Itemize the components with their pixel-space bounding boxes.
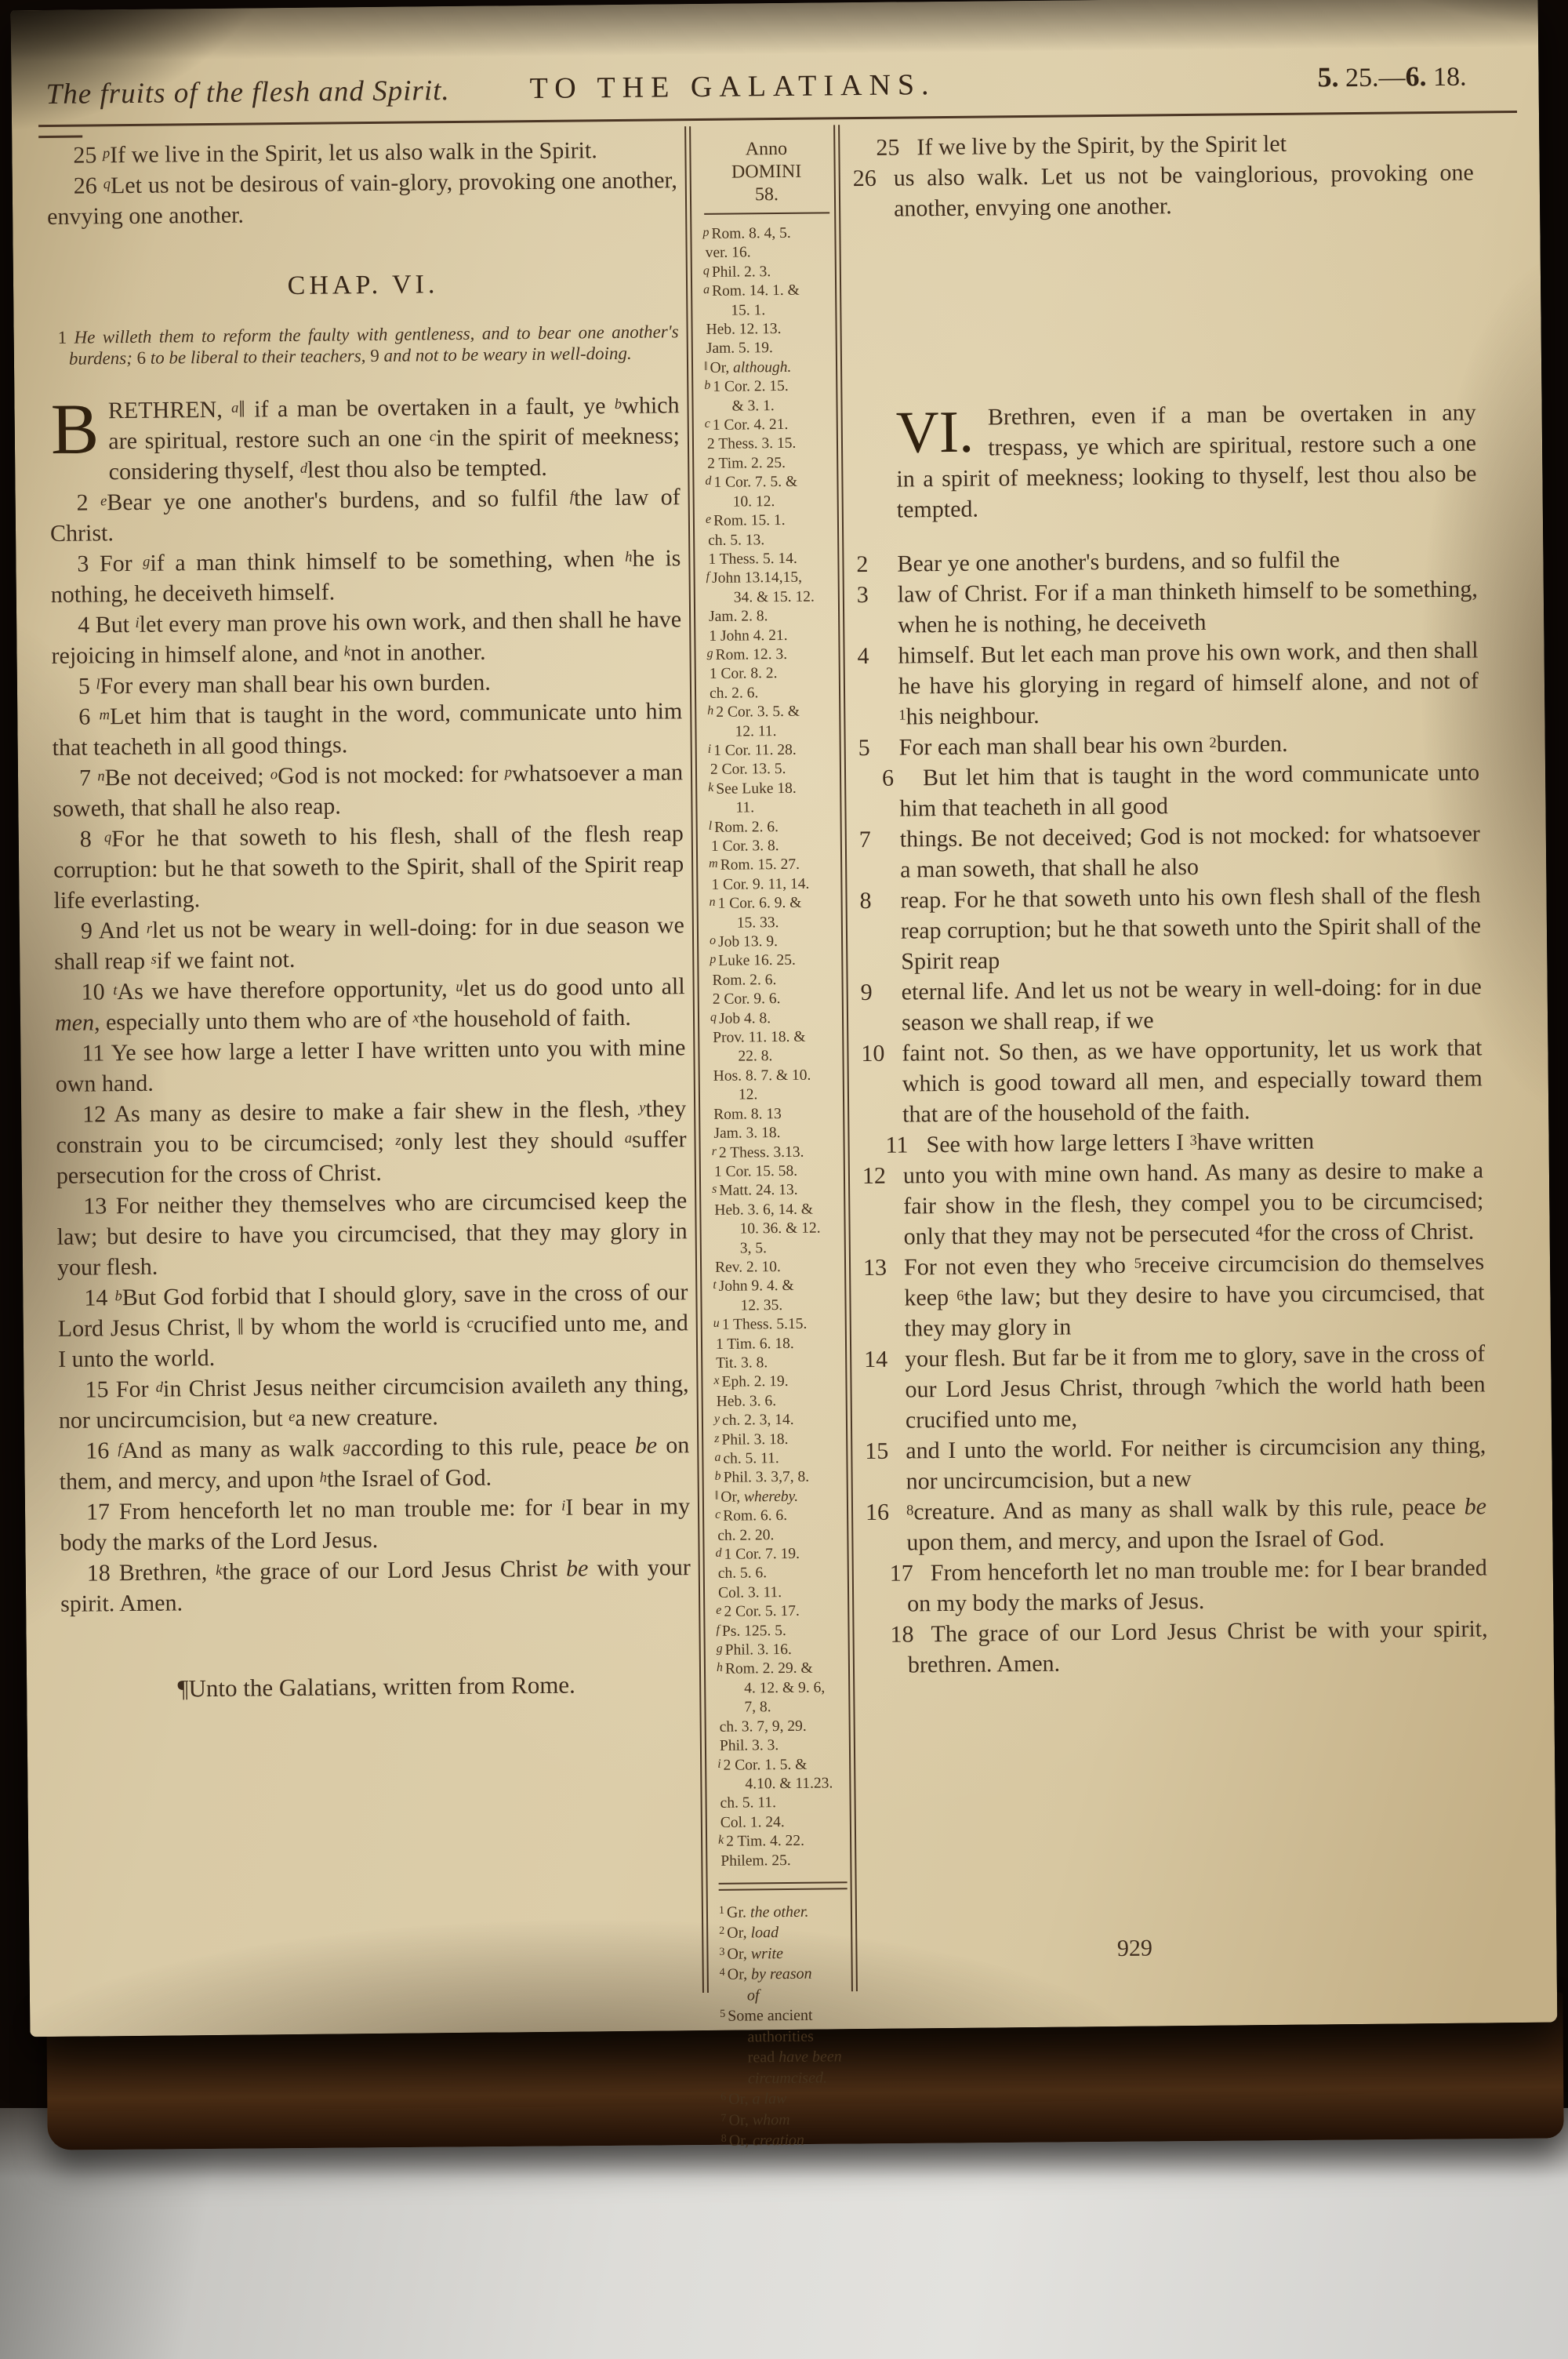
reference-line: k2 Tim. 4. 22. xyxy=(718,1830,847,1851)
verse-number: 10 xyxy=(82,979,105,1005)
verse-text: himself. But let each man prove his own … xyxy=(898,637,1479,729)
verse-number: 14 xyxy=(864,1344,900,1375)
verse-text: For neither they themselves who are circ… xyxy=(57,1187,688,1281)
footnote-text: Or, by reason xyxy=(728,1965,812,1983)
verse: 13 For neither they themselves who are c… xyxy=(56,1185,688,1283)
reference-text: Heb. 3. 6, 14. & xyxy=(714,1201,813,1218)
verse-text: If we live by the Spirit, by the Spirit … xyxy=(916,131,1287,161)
verse: 17From henceforth let no man trouble me:… xyxy=(866,1552,1488,1619)
reference-line: Jam. 5. 19. xyxy=(704,338,833,358)
verse-text: Bear ye one another's burdens, and so fu… xyxy=(897,547,1340,576)
reference-line: Philem. 25. xyxy=(718,1850,847,1870)
drop-cap: B xyxy=(50,399,99,458)
reference-marker: k xyxy=(708,781,713,794)
footnote-text: authorities xyxy=(747,2028,814,2046)
reference-text: Rom. 6. 6. xyxy=(723,1507,787,1525)
footnote-line: 1Gr. the other. xyxy=(719,1900,848,1922)
footnote-line: 3Or, write xyxy=(719,1942,848,1964)
reference-text: Eph. 2. 19. xyxy=(721,1373,788,1390)
reference-text: Rev. 2. 10. xyxy=(715,1259,781,1276)
reference-text: 1 Cor. 9. 11, 14. xyxy=(711,875,809,892)
reference-line: qPhil. 2. 3. xyxy=(703,261,832,282)
verse-text: bBut God forbid that I should glory, sav… xyxy=(58,1279,688,1372)
reference-line: gPhil. 3. 16. xyxy=(717,1639,845,1659)
footnote-line: 5Some ancient xyxy=(720,2005,848,2026)
rv-ch5-verses: 25If we live by the Spirit, by the Spiri… xyxy=(852,127,1474,225)
reference-line: Jam. 3. 18. xyxy=(711,1122,840,1143)
verse-text: But let him that is taught in the word c… xyxy=(899,759,1479,821)
reference-text: 2 Cor. 9. 6. xyxy=(713,990,781,1008)
footnote-marker: 7 xyxy=(720,2113,726,2125)
page-number: 929 xyxy=(1072,1935,1197,1963)
reference-line: fJohn 13.14,15, xyxy=(706,568,835,588)
footnotes: 1Gr. the other.2Or, load3Or, write4Or, b… xyxy=(719,1900,850,2151)
reference-marker: b xyxy=(704,379,710,392)
reference-line: 4.10. & 11.23. xyxy=(717,1773,846,1794)
rv-column: 25If we live by the Spirit, by the Spiri… xyxy=(852,127,1488,1681)
reference-text: 12. 11. xyxy=(735,723,776,740)
verse-text: For not even they who 5receive circumcis… xyxy=(904,1249,1485,1341)
verse-number: 4 xyxy=(857,641,893,671)
reference-line: b1 Cor. 2. 15. xyxy=(704,376,833,397)
reference-line: pRom. 8. 4, 5. xyxy=(702,223,831,243)
verse-number: 7 xyxy=(859,824,895,855)
reference-line: kSee Luke 18. xyxy=(708,778,837,798)
reference-text: 2 Cor. 13. 5. xyxy=(710,761,786,778)
reference-line: Heb. 3. 6. xyxy=(714,1390,843,1411)
reference-line: fPs. 125. 5. xyxy=(716,1620,844,1641)
reference-text: 1 Cor. 11. 28. xyxy=(713,742,797,759)
reference-marker: a xyxy=(703,283,710,296)
reference-text: Or, whereby. xyxy=(720,1488,798,1506)
photo-background: { "colors":{"paper":"#d9caa6","ink":"#3e… xyxy=(0,0,1568,2359)
verse-number: 13 xyxy=(863,1252,899,1283)
reference-marker: c xyxy=(715,1508,720,1521)
reference-text: 7, 8. xyxy=(744,1699,771,1715)
reference-text: Luke 16. 25. xyxy=(718,952,796,969)
footnote-marker: 8 xyxy=(721,2133,727,2145)
reference-line: 15. 1. xyxy=(703,300,832,320)
reference-text: 1 Cor. 6. 9. & xyxy=(718,895,802,912)
reference-text: Col. 1. 24. xyxy=(720,1814,785,1831)
bible-page: The fruits of the flesh and Spirit. TO T… xyxy=(11,0,1558,2037)
verse: 14 bBut God forbid that I should glory, … xyxy=(57,1277,688,1375)
reference-text: 2 Thess. 3. 15. xyxy=(707,435,797,453)
reference-marker: o xyxy=(710,934,716,947)
reference-line: 3, 5. xyxy=(713,1238,841,1258)
verse-text: And rlet us not be weary in well-doing: … xyxy=(54,912,684,975)
reference-text: 22. 8. xyxy=(738,1049,772,1065)
reference-text: 2 Tim. 2. 25. xyxy=(707,455,786,472)
verse-number: 12 xyxy=(82,1101,106,1127)
verse-1: BRETHREN, a‖ if a man be overtaken in a … xyxy=(49,390,680,488)
verse-text: pIf we live in the Spirit, let us also w… xyxy=(103,137,597,168)
footnote-text: Some ancient xyxy=(728,2007,813,2025)
anno-line: DOMINI xyxy=(702,160,831,184)
reference-text: 2 Cor. 1. 5. & xyxy=(724,1756,808,1773)
verse-text: qLet us not be desirous of vain-glory, p… xyxy=(47,167,677,230)
verse-number: 8 xyxy=(80,826,92,852)
verse-number: 12 xyxy=(862,1161,898,1191)
reference-text: Prov. 11. 18. & xyxy=(713,1029,805,1046)
reference-marker: k xyxy=(718,1834,724,1847)
verse-number: 17 xyxy=(866,1558,902,1589)
verse: 26 qLet us not be desirous of vain-glory… xyxy=(47,165,678,232)
footnote-text: Or, whom xyxy=(728,2111,789,2129)
verse: 10 tAs we have therefore opportunity, ul… xyxy=(54,971,685,1038)
anno-domini: Anno DOMINI 58. xyxy=(702,137,831,207)
verse-text: reap. For he that soweth unto his own fl… xyxy=(900,881,1481,974)
reference-text: See Luke 18. xyxy=(716,780,797,798)
page-title: TO THE GALATIANS. xyxy=(497,67,967,107)
reference-line: d1 Cor. 7. 5. & xyxy=(705,472,833,493)
verse-text: your flesh. But far be it from me to glo… xyxy=(905,1340,1486,1433)
reference-text: Rom. 8. 13 xyxy=(713,1106,782,1123)
reference-text: Job 13. 9. xyxy=(718,933,778,951)
reference-marker: r xyxy=(712,1144,717,1158)
verse: 11 Ye see how large a letter I have writ… xyxy=(55,1032,686,1100)
verse-number: 25 xyxy=(73,142,96,168)
reference-line: & 3. 1. xyxy=(704,395,833,416)
reference-marker: y xyxy=(714,1412,720,1426)
reference-marker: s xyxy=(712,1183,717,1196)
verse-text: eternal life. And let us not be weary in… xyxy=(902,973,1482,1035)
reference-marker: i xyxy=(717,1757,721,1770)
verse: 12unto you with mine own hand. As many a… xyxy=(862,1154,1484,1252)
reference-text: 1 Cor. 8. 2. xyxy=(710,665,778,682)
reference-text: 1 John 4. 21. xyxy=(709,627,787,644)
reference-text: Rom. 12. 3. xyxy=(715,646,787,663)
verse-text: Brethren, even if a man be overtaken in … xyxy=(896,399,1476,522)
verse-number: 26 xyxy=(74,173,97,198)
reference-text: Phil. 2. 3. xyxy=(712,264,771,281)
verse: 3law of Christ. For if a man thinketh hi… xyxy=(857,573,1479,641)
running-head: The fruits of the flesh and Spirit. xyxy=(45,74,449,111)
footnote-text: Or, write xyxy=(727,1945,783,1963)
reference-line: aRom. 14. 1. & xyxy=(703,281,832,301)
reference-line: 10. 12. xyxy=(706,491,834,511)
reference-text: ver. 16. xyxy=(706,245,751,262)
kjv-ch5-verses: 25 pIf we live in the Spirit, let us als… xyxy=(46,134,677,232)
footnote-line: 7Or, whom xyxy=(720,2108,849,2130)
anno-line: 58. xyxy=(702,183,831,207)
verse: 4himself. But let each man prove his own… xyxy=(857,634,1479,732)
verse-number: 10 xyxy=(861,1038,897,1069)
verse-text: unto you with mine own hand. As many as … xyxy=(903,1157,1484,1249)
reference-marker: t xyxy=(713,1278,717,1292)
reference-text: 3, 5. xyxy=(740,1240,767,1256)
verse: 18The grace of our Lord Jesus Christ be … xyxy=(866,1613,1488,1681)
verse-number: 26 xyxy=(853,163,889,194)
reference-line: i2 Cor. 1. 5. & xyxy=(717,1754,846,1775)
reference-text: ch. 2. 20. xyxy=(717,1527,774,1544)
verse: 16 fAnd as many as walk gaccording to th… xyxy=(59,1430,690,1497)
reference-line: r2 Thess. 3.13. xyxy=(712,1142,840,1162)
chapter-heading: CHAP. VI. xyxy=(48,267,678,304)
reference-marker: ‖ xyxy=(704,360,708,373)
verse: 7things. Be not deceived; God is not moc… xyxy=(859,818,1481,885)
verse-number: 3 xyxy=(77,551,89,576)
reference-line: gRom. 12. 3. xyxy=(706,644,835,664)
reference-marker: e xyxy=(716,1604,721,1617)
reference-text: Phil. 3. 3,7, 8. xyxy=(724,1469,810,1486)
reference-marker: g xyxy=(706,647,713,660)
reference-text: 11. xyxy=(735,800,754,816)
verse-number: 11 xyxy=(82,1040,104,1066)
verse-number: 25 xyxy=(852,133,888,163)
reference-line: u1 Thess. 5.15. xyxy=(713,1314,842,1334)
reference-text: Jam. 2. 8. xyxy=(709,608,768,625)
reference-line: Heb. 3. 6, 14. & xyxy=(712,1199,840,1219)
reference-line: Jam. 2. 8. xyxy=(706,605,835,626)
reference-line: 2 Tim. 2. 25. xyxy=(705,453,833,473)
reference-line: e2 Cor. 5. 17. xyxy=(716,1601,844,1622)
verse-number: 2 xyxy=(77,489,89,515)
reference-text: Rom. 15. 1. xyxy=(713,512,786,529)
verse-number: 8 xyxy=(859,885,895,916)
reference-text: Rom. 2. 6. xyxy=(712,972,776,989)
reference-line: Col. 3. 11. xyxy=(716,1582,844,1602)
verse-number: 14 xyxy=(84,1285,107,1310)
verse: 9 And rlet us not be weary in well-doing… xyxy=(54,910,685,977)
verse-number: 9 xyxy=(81,918,93,943)
reference-line: 12. 35. xyxy=(713,1295,841,1315)
reference-text: Rom. 2. 6. xyxy=(714,819,779,836)
verse-range: 5. 25.—6. 18. xyxy=(1226,60,1466,95)
reference-line: 1 Cor. 3. 8. xyxy=(709,835,837,856)
verse-number: 18 xyxy=(87,1560,111,1586)
reference-text: Phil. 3. 3. xyxy=(720,1737,779,1754)
reference-line: 12. xyxy=(711,1085,840,1105)
reference-line: 34. & 15. 12. xyxy=(706,587,835,607)
verse: 15 For din Christ Jesus neither circumci… xyxy=(58,1369,689,1436)
verse: 3 For gif a man think himself to be some… xyxy=(50,543,681,610)
footnote-marker: 2 xyxy=(719,1925,724,1937)
footnote-text: circumcised. xyxy=(748,2069,827,2087)
reference-line: xEph. 2. 19. xyxy=(713,1372,842,1392)
reference-text: 2 Thess. 3.13. xyxy=(719,1143,804,1161)
reference-text: Rom. 8. 4, 5. xyxy=(711,225,791,242)
verse: 12 As many as desire to make a fair shew… xyxy=(56,1093,687,1191)
footnote-text: of xyxy=(747,1986,760,2004)
footnote-marker: 5 xyxy=(720,2008,725,2020)
reference-text: ch. 5. 6. xyxy=(718,1565,767,1583)
reference-text: 15. 33. xyxy=(737,914,779,932)
reference-text: Or, although. xyxy=(710,359,791,376)
reference-line: Col. 1. 24. xyxy=(718,1812,847,1832)
reference-line: h2 Cor. 3. 5. & xyxy=(707,702,836,722)
footnote-text: Or, creation xyxy=(729,2132,804,2150)
footnote-line: circumcised. xyxy=(720,2066,849,2088)
verse: 15and I unto the world. For neither is c… xyxy=(865,1430,1486,1497)
reference-line: sMatt. 24. 13. xyxy=(712,1180,840,1201)
verse-text: qFor he that soweth to his flesh, shall … xyxy=(53,820,684,914)
header-rule-tick xyxy=(38,136,82,139)
reference-marker: h xyxy=(707,704,713,718)
reference-line: 2 Thess. 3. 15. xyxy=(705,434,833,454)
reference-text: Heb. 12. 13. xyxy=(706,321,781,338)
verse: 4 But ilet every man prove his own work,… xyxy=(51,604,682,671)
reference-line: qJob 4. 8. xyxy=(710,1008,839,1028)
reference-line: 2 Cor. 13. 5. xyxy=(708,759,837,780)
reference-text: 2 Cor. 5. 17. xyxy=(724,1603,800,1620)
reference-text: Jam. 3. 18. xyxy=(713,1125,780,1142)
reference-text: 10. 12. xyxy=(733,493,775,511)
footnote-line: of xyxy=(720,1983,848,2005)
verse: 7 nBe not deceived; oGod is not mocked: … xyxy=(53,757,684,824)
footnote-line: authorities xyxy=(720,2025,848,2047)
footnote-marker: 3 xyxy=(719,1946,724,1958)
reference-marker: p xyxy=(710,953,716,966)
reference-line: d1 Cor. 7. 19. xyxy=(715,1543,844,1564)
verse-text: Ye see how large a letter I have written… xyxy=(56,1034,686,1097)
reference-line: 4. 12. & 9. 6, xyxy=(717,1677,845,1698)
references-divider xyxy=(719,1881,848,1891)
reference-line: pLuke 16. 25. xyxy=(710,951,838,971)
reference-line: bPhil. 3. 3,7, 8. xyxy=(715,1467,844,1488)
verse-text: But ilet every man prove his own work, a… xyxy=(51,606,681,669)
reference-marker: u xyxy=(713,1317,720,1330)
reference-line: 2 Cor. 9. 6. xyxy=(710,989,839,1009)
reference-marker: x xyxy=(713,1374,719,1387)
reference-line: ‖Or, although. xyxy=(704,357,833,377)
reference-line: Phil. 3. 3. xyxy=(717,1735,846,1755)
reference-text: Tit. 3. 8. xyxy=(716,1354,768,1372)
reference-text: 1 Tim. 6. 18. xyxy=(716,1335,794,1352)
reference-text: Ps. 125. 5. xyxy=(722,1623,786,1640)
reference-text: 12. xyxy=(739,1087,758,1103)
reference-line: ach. 5. 11. xyxy=(714,1448,843,1468)
verse-text: mLet him that is taught in the word, com… xyxy=(53,698,683,761)
reference-line: ch. 2. 6. xyxy=(707,682,836,703)
footnote-marker: 6 xyxy=(720,2092,726,2103)
verse-text: RETHREN, a‖ if a man be overtaken in a f… xyxy=(108,392,680,485)
verse: 9eternal life. And let us not be weary i… xyxy=(861,971,1483,1038)
reference-marker: q xyxy=(710,1010,717,1023)
verse-text: things. Be not deceived; God is not mock… xyxy=(900,820,1480,882)
reference-marker: z xyxy=(714,1431,719,1445)
chapter-numeral: VI. xyxy=(896,408,975,457)
reference-text: Heb. 3. 6. xyxy=(717,1393,777,1410)
reference-text: 15. 1. xyxy=(731,302,765,318)
footnote-marker: 1 xyxy=(719,1905,724,1917)
reference-line: Heb. 12. 13. xyxy=(703,318,832,339)
verse-number: 7 xyxy=(79,765,91,791)
verse: 13For not even they who 5receive circumc… xyxy=(863,1246,1485,1344)
reference-line: 15. 33. xyxy=(710,912,838,932)
reference-line: ch. 3. 7, 9, 29. xyxy=(717,1716,846,1736)
reference-line: tJohn 9. 4. & xyxy=(713,1276,841,1296)
reference-line: Hos. 8. 7. & 10. xyxy=(711,1065,840,1085)
verse-number: 17 xyxy=(86,1499,110,1525)
reference-text: ch. 2. 3, 14. xyxy=(722,1412,794,1429)
footnote-line: 8Or, creation xyxy=(721,2129,850,2151)
reference-text: 1 Thess. 5. 14. xyxy=(708,551,797,568)
verse-text: As many as desire to make a fair shew in… xyxy=(56,1096,686,1189)
reference-text: Matt. 24. 13. xyxy=(719,1182,797,1199)
verse: 6 mLet him that is taught in the word, c… xyxy=(52,696,683,763)
verse-number: 11 xyxy=(862,1130,898,1161)
kjv-column: 25 pIf we live in the Spirit, let us als… xyxy=(46,134,691,1705)
rv-verses: 2Bear ye one another's burdens, and so f… xyxy=(856,543,1488,1681)
reference-line: ch. 2. 20. xyxy=(715,1525,844,1545)
verse: 26us also walk. Let us not be vainglorio… xyxy=(853,158,1475,225)
reference-text: 1 Cor. 3. 8. xyxy=(711,838,779,855)
verse-text: For gif a man think himself to be someth… xyxy=(51,545,681,608)
verse-number: 4 xyxy=(78,612,89,638)
verse-number: 5 xyxy=(78,673,90,699)
reference-line: i1 Cor. 11. 28. xyxy=(708,740,837,760)
verse-number: 15 xyxy=(865,1436,901,1467)
verse-text: From henceforth let no man trouble me: f… xyxy=(907,1554,1487,1616)
reference-marker: a xyxy=(714,1451,720,1464)
reference-text: ch. 5. 11. xyxy=(720,1794,777,1812)
reference-text: 10. 36. & 12. xyxy=(739,1220,820,1238)
verse-number: 15 xyxy=(85,1376,108,1402)
reference-line: 11. xyxy=(708,798,837,818)
verse-number: 18 xyxy=(866,1619,902,1650)
reference-line: 1 Tim. 6. 18. xyxy=(713,1333,842,1354)
reference-text: ch. 5. 13. xyxy=(708,532,764,549)
verse-number: 5 xyxy=(858,732,895,763)
reference-text: 2 Cor. 3. 5. & xyxy=(716,703,800,721)
verse-text: Brethren, kthe grace of our Lord Jesus C… xyxy=(60,1554,691,1617)
reference-marker: i xyxy=(708,743,712,756)
reference-line: ch. 5. 6. xyxy=(716,1563,844,1583)
reference-column: Anno DOMINI 58. pRom. 8. 4, 5.ver. 16.qP… xyxy=(702,137,850,2150)
reference-line: eRom. 15. 1. xyxy=(706,510,834,530)
reference-line: Rev. 2. 10. xyxy=(713,1256,841,1277)
verse-number: 3 xyxy=(857,580,893,610)
reference-text: Rom. 15. 27. xyxy=(720,856,800,874)
reference-text: John 13.14,15, xyxy=(712,569,802,587)
verse: 18 Brethren, kthe grace of our Lord Jesu… xyxy=(60,1552,691,1619)
anno-line: Anno xyxy=(702,137,830,162)
reference-line: ch. 5. 13. xyxy=(706,529,834,550)
reference-line: 7, 8. xyxy=(717,1697,845,1717)
reference-line: mRom. 15. 27. xyxy=(709,855,837,875)
reference-marker: h xyxy=(717,1661,723,1674)
reference-text: Rom. 14. 1. & xyxy=(712,282,800,300)
footnote-marker: 4 xyxy=(720,1967,725,1979)
verse-number: 2 xyxy=(856,549,892,580)
verse-text: lFor every man shall bear his own burden… xyxy=(96,670,491,700)
reference-text: 1 Thess. 5.15. xyxy=(722,1316,808,1333)
reference-text: & 3. 1. xyxy=(731,398,774,415)
reference-marker: q xyxy=(703,264,710,278)
reference-line: ych. 2. 3, 14. xyxy=(714,1409,843,1430)
verse: 8 qFor he that soweth to his flesh, shal… xyxy=(53,818,684,916)
reference-line: Tit. 3. 8. xyxy=(713,1352,842,1372)
reference-text: 2 Tim. 4. 22. xyxy=(726,1833,804,1850)
verse-number: 6 xyxy=(78,703,90,729)
reference-text: 1 Cor. 7. 5. & xyxy=(713,474,797,491)
reference-line: 1 Cor. 9. 11, 14. xyxy=(709,874,837,894)
reference-line: Prov. 11. 18. & xyxy=(710,1027,839,1047)
reference-text: 34. & 15. 12. xyxy=(734,588,815,605)
reference-marker: c xyxy=(705,417,710,431)
reference-line: zPhil. 3. 18. xyxy=(714,1429,843,1449)
reference-text: Col. 3. 11. xyxy=(718,1584,782,1601)
verse-text: nBe not deceived; oGod is not mocked: fo… xyxy=(53,759,683,822)
footnote-line: 2Or, load xyxy=(719,1921,848,1943)
chapter-6-opening: VI.Brethren, even if a man be overtaken … xyxy=(855,397,1476,525)
verse-text: From henceforth let no man trouble me: f… xyxy=(60,1493,690,1556)
verse-text: 8creature. And as many as shall walk by … xyxy=(906,1493,1486,1555)
reference-line: 12. 11. xyxy=(707,721,836,741)
footnote-text: Or, a law xyxy=(728,2090,786,2108)
reference-line: 22. 8. xyxy=(710,1046,839,1067)
